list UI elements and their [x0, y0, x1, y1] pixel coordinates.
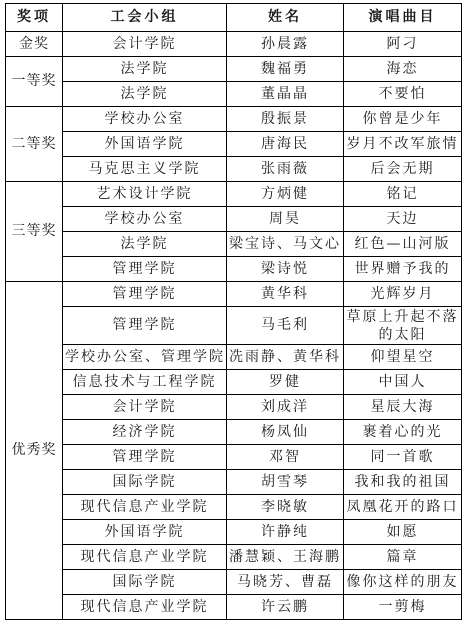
table-row: 信息技术与工程学院 罗健 中国人	[6, 370, 462, 395]
group-cell: 管理学院	[63, 307, 227, 345]
table-row: 三等奖 艺术设计学院 方炳健 铭记	[6, 182, 462, 207]
name-cell: 董晶晶	[227, 82, 344, 107]
name-cell: 黄华科	[227, 282, 344, 307]
song-cell: 裹着心的光	[344, 420, 462, 445]
song-cell: 光辉岁月	[344, 282, 462, 307]
song-cell: 你曾是少年	[344, 107, 462, 132]
header-song: 演唱曲目	[344, 4, 462, 32]
song-cell: 草原上升起不落的太阳	[344, 307, 462, 345]
name-cell: 许云鹏	[227, 595, 344, 620]
table-row: 管理学院 梁诗悦 世界赠予我的	[6, 257, 462, 282]
group-cell: 外国语学院	[63, 520, 227, 545]
group-cell: 信息技术与工程学院	[63, 370, 227, 395]
name-cell: 唐海民	[227, 132, 344, 157]
name-cell: 马毛利	[227, 307, 344, 345]
header-row: 奖项 工会小组 姓名 演唱曲目	[6, 4, 462, 32]
table-row: 学校办公室、管理学院 冼雨静、黄华科 仰望星空	[6, 345, 462, 370]
award-cell-second: 二等奖	[6, 107, 63, 182]
award-cell-first: 一等奖	[6, 57, 63, 107]
name-cell: 方炳健	[227, 182, 344, 207]
table-row: 现代信息产业学院 李晓敏 凤凰花开的路口	[6, 495, 462, 520]
table-row: 管理学院 马毛利 草原上升起不落的太阳	[6, 307, 462, 345]
song-cell: 世界赠予我的	[344, 257, 462, 282]
award-cell-excellence: 优秀奖	[6, 282, 63, 620]
group-cell: 会计学院	[63, 395, 227, 420]
group-cell: 法学院	[63, 232, 227, 257]
group-cell: 现代信息产业学院	[63, 595, 227, 620]
group-cell: 艺术设计学院	[63, 182, 227, 207]
header-name: 姓名	[227, 4, 344, 32]
group-cell: 外国语学院	[63, 132, 227, 157]
table-row: 外国语学院 唐海民 岁月不改军旅情	[6, 132, 462, 157]
group-cell: 经济学院	[63, 420, 227, 445]
song-cell: 岁月不改军旅情	[344, 132, 462, 157]
song-cell: 我和我的祖国	[344, 470, 462, 495]
group-cell: 法学院	[63, 82, 227, 107]
table-row: 学校办公室 周昊 天边	[6, 207, 462, 232]
table-row: 现代信息产业学院 潘慧颖、王海鹏 篇章	[6, 545, 462, 570]
awards-table: 奖项 工会小组 姓名 演唱曲目 金奖 会计学院 孙晨露 阿刁 一等奖 法学院 魏…	[5, 3, 462, 620]
song-cell: 篇章	[344, 545, 462, 570]
name-cell: 梁宝诗、马文心	[227, 232, 344, 257]
name-cell: 梁诗悦	[227, 257, 344, 282]
group-cell: 国际学院	[63, 470, 227, 495]
group-cell: 法学院	[63, 57, 227, 82]
table-row: 金奖 会计学院 孙晨露 阿刁	[6, 32, 462, 57]
name-cell: 张雨薇	[227, 157, 344, 182]
group-cell: 管理学院	[63, 257, 227, 282]
group-cell: 学校办公室	[63, 107, 227, 132]
group-cell: 现代信息产业学院	[63, 495, 227, 520]
table-row: 现代信息产业学院 许云鹏 一剪梅	[6, 595, 462, 620]
song-cell: 铭记	[344, 182, 462, 207]
song-cell: 天边	[344, 207, 462, 232]
table-row: 一等奖 法学院 魏福勇 海恋	[6, 57, 462, 82]
header-union-group: 工会小组	[63, 4, 227, 32]
table-row: 二等奖 学校办公室 殷振景 你曾是少年	[6, 107, 462, 132]
group-cell: 学校办公室、管理学院	[63, 345, 227, 370]
table-row: 优秀奖 管理学院 黄华科 光辉岁月	[6, 282, 462, 307]
song-cell: 星辰大海	[344, 395, 462, 420]
song-cell: 一剪梅	[344, 595, 462, 620]
song-cell: 中国人	[344, 370, 462, 395]
name-cell: 殷振景	[227, 107, 344, 132]
award-cell-gold: 金奖	[6, 32, 63, 57]
name-cell: 冼雨静、黄华科	[227, 345, 344, 370]
group-cell: 现代信息产业学院	[63, 545, 227, 570]
song-cell: 凤凰花开的路口	[344, 495, 462, 520]
name-cell: 魏福勇	[227, 57, 344, 82]
song-cell: 阿刁	[344, 32, 462, 57]
name-cell: 罗健	[227, 370, 344, 395]
song-cell: 海恋	[344, 57, 462, 82]
table-row: 外国语学院 许静纯 如愿	[6, 520, 462, 545]
song-cell: 不要怕	[344, 82, 462, 107]
name-cell: 许静纯	[227, 520, 344, 545]
song-cell: 如愿	[344, 520, 462, 545]
header-award: 奖项	[6, 4, 63, 32]
table-row: 马克思主义学院 张雨薇 后会无期	[6, 157, 462, 182]
song-cell: 后会无期	[344, 157, 462, 182]
name-cell: 刘成洋	[227, 395, 344, 420]
name-cell: 邓智	[227, 445, 344, 470]
table-row: 会计学院 刘成洋 星辰大海	[6, 395, 462, 420]
name-cell: 杨凤仙	[227, 420, 344, 445]
table-row: 经济学院 杨凤仙 裹着心的光	[6, 420, 462, 445]
group-cell: 国际学院	[63, 570, 227, 595]
award-cell-third: 三等奖	[6, 182, 63, 282]
table-row: 管理学院 邓智 同一首歌	[6, 445, 462, 470]
name-cell: 周昊	[227, 207, 344, 232]
name-cell: 马晓芳、曹磊	[227, 570, 344, 595]
group-cell: 管理学院	[63, 282, 227, 307]
name-cell: 潘慧颖、王海鹏	[227, 545, 344, 570]
group-cell: 学校办公室	[63, 207, 227, 232]
group-cell: 马克思主义学院	[63, 157, 227, 182]
table-row: 法学院 梁宝诗、马文心 红色—山河版	[6, 232, 462, 257]
table-row: 国际学院 马晓芳、曹磊 像你这样的朋友	[6, 570, 462, 595]
name-cell: 李晓敏	[227, 495, 344, 520]
song-cell: 红色—山河版	[344, 232, 462, 257]
song-cell: 仰望星空	[344, 345, 462, 370]
table-row: 法学院 董晶晶 不要怕	[6, 82, 462, 107]
name-cell: 孙晨露	[227, 32, 344, 57]
group-cell: 会计学院	[63, 32, 227, 57]
name-cell: 胡雪琴	[227, 470, 344, 495]
song-cell: 同一首歌	[344, 445, 462, 470]
table-row: 国际学院 胡雪琴 我和我的祖国	[6, 470, 462, 495]
group-cell: 管理学院	[63, 445, 227, 470]
song-cell: 像你这样的朋友	[344, 570, 462, 595]
